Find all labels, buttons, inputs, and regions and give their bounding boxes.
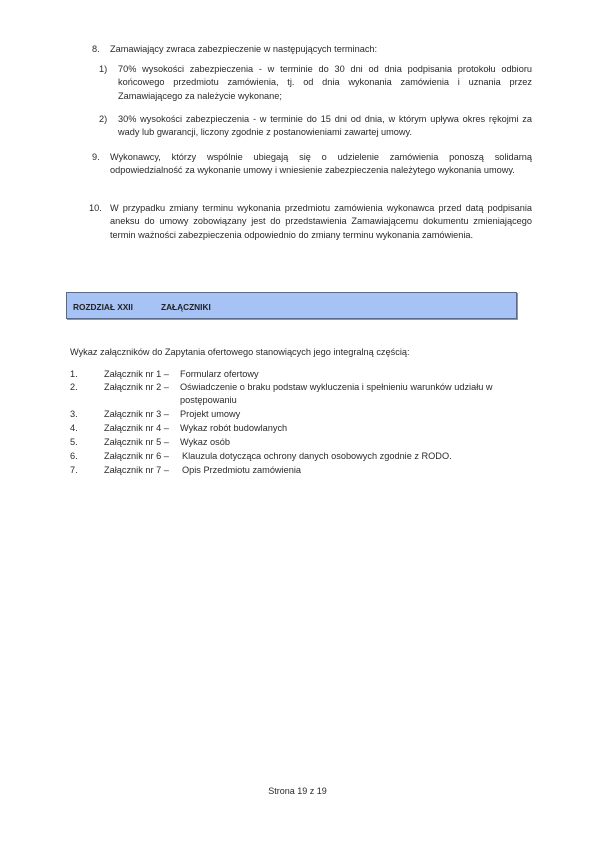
attachment-label: Załącznik nr 4 – xyxy=(104,422,169,435)
attachment-desc: Wykaz osób xyxy=(180,436,230,449)
sub-item-text: 30% wysokości zabezpieczenia - w termini… xyxy=(118,113,532,140)
page-number: Strona 19 z 19 xyxy=(0,785,595,798)
attachment-desc: Oświadczenie o braku podstaw wykluczenia… xyxy=(180,381,532,408)
item-text: W przypadku zmiany terminu wykonania prz… xyxy=(110,202,532,242)
attachment-label: Załącznik nr 5 – xyxy=(104,436,169,449)
chapter-header: ROZDZIAŁ XXII ZAŁĄCZNIKI xyxy=(66,292,517,319)
item-number: 9. xyxy=(92,151,100,164)
item-number: 10. xyxy=(89,202,102,215)
attachment-desc: Wykaz robót budowlanych xyxy=(180,422,287,435)
attachment-number: 3. xyxy=(70,408,78,421)
attachments-intro: Wykaz załączników do Zapytania ofertoweg… xyxy=(70,346,540,359)
sub-item-text: 70% wysokości zabezpieczenia - w termini… xyxy=(118,63,532,103)
attachment-label: Załącznik nr 2 – xyxy=(104,381,169,394)
chapter-label: ROZDZIAŁ XXII xyxy=(73,301,133,314)
sub-item-number: 1) xyxy=(99,63,107,76)
attachment-number: 2. xyxy=(70,381,78,394)
attachment-desc: Formularz ofertowy xyxy=(180,368,259,381)
item-number: 8. xyxy=(92,43,100,56)
item-text: Zamawiający zwraca zabezpieczenie w nast… xyxy=(110,43,530,56)
item-text: Wykonawcy, którzy wspólnie ubiegają się … xyxy=(110,151,532,178)
sub-item-number: 2) xyxy=(99,113,107,126)
attachment-desc: Opis Przedmiotu zamówienia xyxy=(182,464,301,477)
attachment-desc: Klauzula dotycząca ochrony danych osobow… xyxy=(182,450,452,463)
attachment-number: 5. xyxy=(70,436,78,449)
attachment-number: 7. xyxy=(70,464,78,477)
attachment-desc: Projekt umowy xyxy=(180,408,240,421)
attachment-label: Załącznik nr 3 – xyxy=(104,408,169,421)
attachment-label: Załącznik nr 7 – xyxy=(104,464,169,477)
attachment-label: Załącznik nr 1 – xyxy=(104,368,169,381)
attachment-label: Załącznik nr 6 – xyxy=(104,450,169,463)
chapter-title: ZAŁĄCZNIKI xyxy=(161,301,211,314)
attachment-number: 4. xyxy=(70,422,78,435)
attachment-number: 6. xyxy=(70,450,78,463)
attachment-number: 1. xyxy=(70,368,78,381)
